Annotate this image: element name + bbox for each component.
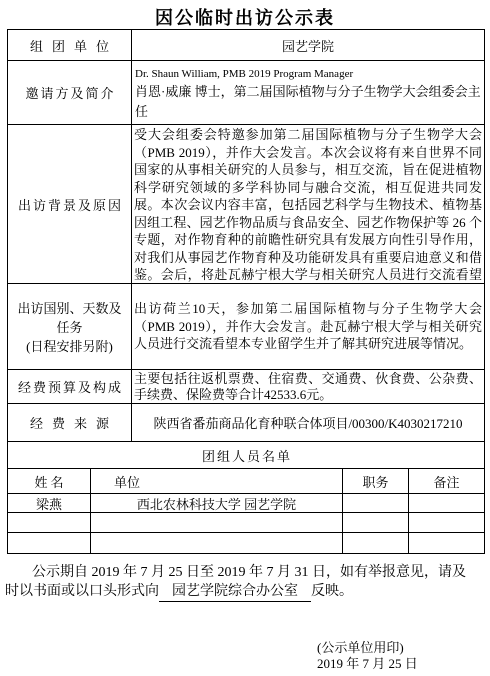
personnel-section-title: 团组人员名单 bbox=[8, 442, 484, 468]
destination-value-cell: 出访荷兰10天，参加第二届国际植物与分子生物学大会（PMB 2019），并作大会… bbox=[131, 284, 484, 369]
budget-label: 经费预算及构成 bbox=[8, 370, 131, 403]
notice-table: 组团单位 园艺学院 邀请方及简介 Dr. Shaun William, PMB … bbox=[7, 29, 485, 554]
column-header-unit: 单位 bbox=[90, 469, 342, 493]
personnel-title bbox=[342, 533, 408, 553]
personnel-name: 梁燕 bbox=[8, 494, 90, 512]
destination-label: 出访国别、天数及 任务 (日程安排另附) bbox=[8, 284, 131, 369]
table-row-destination: 出访国别、天数及 任务 (日程安排另附) 出访荷兰10天，参加第二届国际植物与分… bbox=[8, 283, 484, 369]
group-unit-value: 园艺学院 bbox=[131, 30, 484, 60]
table-row-funding: 经费来源 陕西省番茄商品化育种联合体项目/00300/K4030217210 bbox=[8, 403, 484, 441]
table-row-inviter: 邀请方及简介 Dr. Shaun William, PMB 2019 Progr… bbox=[8, 60, 484, 124]
destination-label-line3: (日程安排另附) bbox=[17, 336, 121, 355]
signoff-block: (公示单位用印) 2019 年 7 月 25 日 bbox=[317, 640, 418, 671]
personnel-unit: 西北农林科技大学 园艺学院 bbox=[90, 494, 342, 512]
personnel-row-empty bbox=[8, 532, 484, 553]
background-label: 出访背景及原因 bbox=[8, 125, 131, 283]
personnel-note bbox=[408, 494, 484, 512]
personnel-title bbox=[342, 513, 408, 532]
inviter-name-english: Dr. Shaun William, PMB 2019 Program Mana… bbox=[135, 67, 481, 82]
inviter-name-chinese: 肖恩·威廉 博士，第二届国际植物与分子生物学大会组委会主任 bbox=[135, 82, 481, 122]
table-row-personnel-header: 团组人员名单 bbox=[8, 441, 484, 468]
background-value: 受大会组委会特邀参加第二届国际植物与分子生物学大会（PMB 2019），并作大会… bbox=[131, 125, 484, 283]
table-row-group-unit: 组团单位 园艺学院 bbox=[8, 30, 484, 60]
column-header-name: 姓名 bbox=[8, 469, 90, 493]
personnel-title bbox=[342, 494, 408, 512]
personnel-name bbox=[8, 513, 90, 532]
group-unit-label: 组团单位 bbox=[8, 30, 131, 60]
table-row-budget: 经费预算及构成 主要包括往返机票费、住宿费、交通费、伙食费、公杂费、手续费、保险… bbox=[8, 369, 484, 403]
destination-value: 出访荷兰10天，参加第二届国际植物与分子生物学大会（PMB 2019），并作大会… bbox=[132, 300, 484, 353]
personnel-row: 梁燕 西北农林科技大学 园艺学院 bbox=[8, 493, 484, 512]
destination-label-line1: 出访国别、天数及 bbox=[17, 298, 121, 317]
personnel-unit bbox=[90, 533, 342, 553]
personnel-note bbox=[408, 533, 484, 553]
inviter-label: 邀请方及简介 bbox=[8, 61, 131, 124]
seal-line: (公示单位用印) bbox=[317, 640, 418, 656]
personnel-column-header-row: 姓名 单位 职务 备注 bbox=[8, 468, 484, 493]
column-header-title: 职务 bbox=[342, 469, 408, 493]
notice-text-after: 反映。 bbox=[311, 584, 353, 599]
funding-value: 陕西省番茄商品化育种联合体项目/00300/K4030217210 bbox=[131, 404, 484, 441]
page-title: 因公临时出访公示表 bbox=[0, 4, 490, 30]
notice-period-paragraph: 公示期自 2019 年 7 月 25 日至 2019 年 7 月 31 日，如有… bbox=[5, 563, 471, 602]
funding-label: 经费来源 bbox=[8, 404, 131, 441]
budget-value: 主要包括往返机票费、住宿费、交通费、伙食费、公杂费、手续费、保险费等合计4253… bbox=[131, 370, 484, 403]
public-notice-document: 因公临时出访公示表 组团单位 园艺学院 邀请方及简介 Dr. Shaun Wil… bbox=[0, 0, 490, 676]
personnel-name bbox=[8, 533, 90, 553]
destination-label-line2: 任务 bbox=[17, 317, 121, 336]
table-row-background: 出访背景及原因 受大会组委会特邀参加第二届国际植物与分子生物学大会（PMB 20… bbox=[8, 124, 484, 283]
inviter-value: Dr. Shaun William, PMB 2019 Program Mana… bbox=[131, 61, 484, 124]
personnel-row-empty bbox=[8, 512, 484, 532]
personnel-note bbox=[408, 513, 484, 532]
date-line: 2019 年 7 月 25 日 bbox=[317, 656, 418, 672]
notice-office-underlined: 园艺学院综合办公室 bbox=[159, 582, 311, 602]
personnel-unit bbox=[90, 513, 342, 532]
column-header-note: 备注 bbox=[408, 469, 484, 493]
